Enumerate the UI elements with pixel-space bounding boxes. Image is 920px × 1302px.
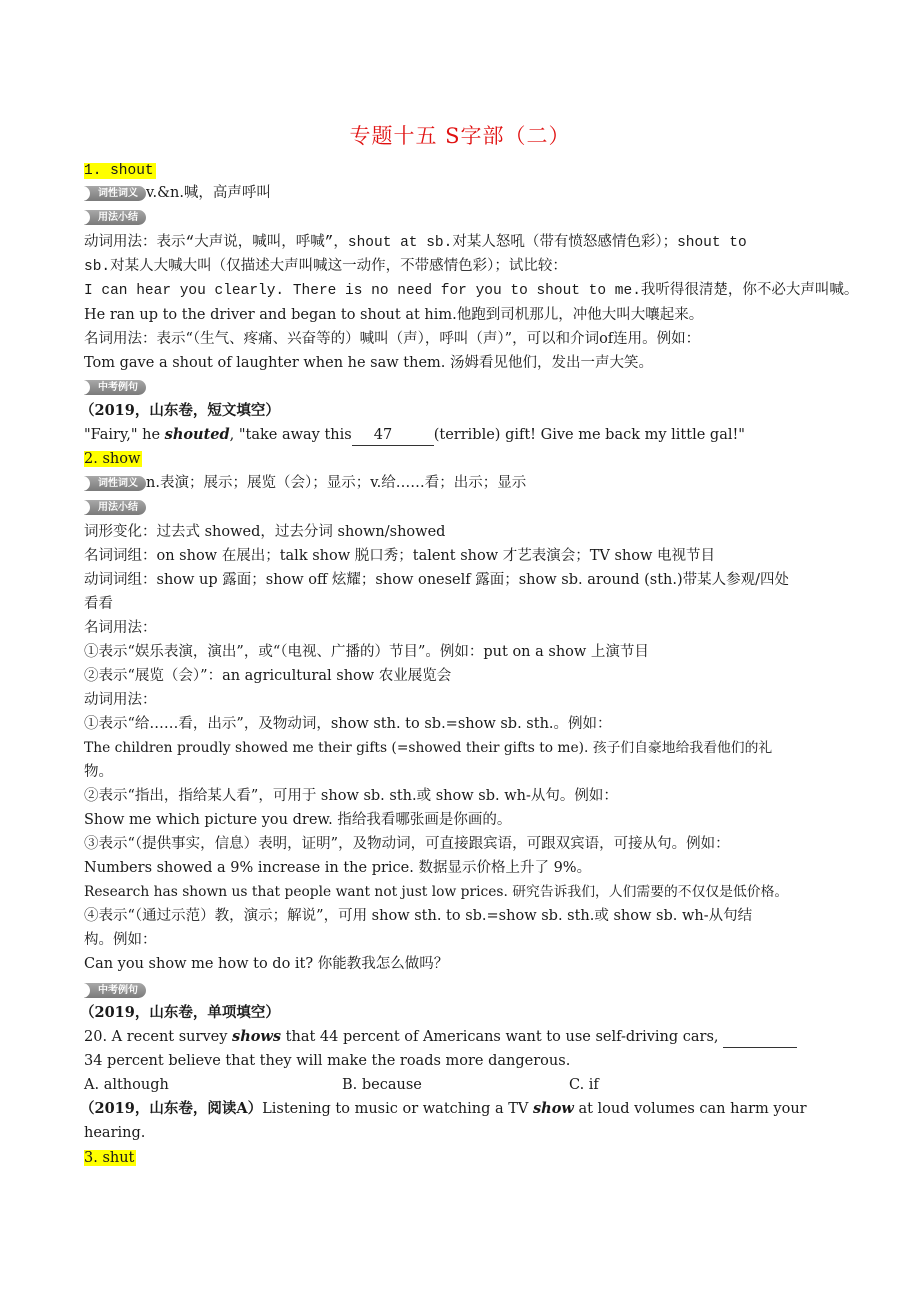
usage-line: 动词用法：表示“大声说，喊叫，呼喊”，shout at sb.对某人怒吼（带有愤… <box>84 233 747 253</box>
usage-line: 构。例如： <box>84 930 157 950</box>
definition-badge: 词性词义 <box>84 186 146 201</box>
usage-line: Research has shown us that people want n… <box>84 882 788 902</box>
entry-heading-shout: 1. shout <box>84 161 156 181</box>
usage-badge: 用法小结 <box>84 500 146 515</box>
definition-text: v.&n.喊，高声呼叫 <box>146 183 271 203</box>
usage-line: ①表示“给……看，出示”，及物动词，show sth. to sb.=show … <box>84 714 612 734</box>
usage-badge: 用法小结 <box>84 210 146 225</box>
entry-heading-show: 2. show <box>84 449 142 469</box>
usage-line: ③表示“（提供事实，信息）表明，证明”，及物动词，可直接跟宾语，可跟双宾语，可接… <box>84 834 730 854</box>
answer-blank <box>723 1027 797 1048</box>
usage-line: Numbers showed a 9% increase in the pric… <box>84 858 591 878</box>
exam-badge: 中考例句 <box>84 983 146 998</box>
usage-line: 动词词组：show up 露面；show off 炫耀；show oneself… <box>84 570 789 590</box>
exam-source: （2019，山东卷，短文填空） <box>80 401 280 421</box>
usage-line: sb.对某人大喊大叫（仅描述大声叫喊这一动作，不带感情色彩）；试比较： <box>84 257 567 277</box>
answer-blank-47: 47 <box>352 425 434 446</box>
exam-source: （2019，山东卷，单项填空） <box>80 1003 280 1023</box>
exam-question-line2: 34 percent believe that they will make t… <box>84 1051 570 1071</box>
usage-line: 看看 <box>84 594 113 614</box>
exam-sentence: "Fairy," he shouted, "take away this47(t… <box>84 425 745 446</box>
entry-heading-shut: 3. shut <box>84 1148 136 1168</box>
usage-line: I can hear you clearly. There is no need… <box>84 281 858 301</box>
usage-line: 物。 <box>84 762 113 782</box>
reading-example: （2019，山东卷，阅读A）Listening to music or watc… <box>80 1099 807 1119</box>
exam-badge: 中考例句 <box>84 380 146 395</box>
usage-line: ④表示“（通过示范）教，演示；解说”，可用 show sth. to sb.=s… <box>84 906 752 926</box>
definition-badge: 词性词义 <box>84 476 146 491</box>
usage-line: Show me which picture you drew. 指给我看哪张画是… <box>84 810 511 830</box>
exam-question: 20. A recent survey shows that 44 percen… <box>84 1027 797 1048</box>
reading-example-line2: hearing. <box>84 1123 145 1143</box>
usage-line: The children proudly showed me their gif… <box>84 738 772 758</box>
usage-line: Can you show me how to do it? 你能教我怎么做吗？ <box>84 954 448 974</box>
option-b: B. because <box>342 1075 422 1095</box>
usage-line: Tom gave a shout of laughter when he saw… <box>84 353 653 373</box>
option-c: C. if <box>569 1075 599 1095</box>
usage-line: 名词用法：表示“（生气、疼痛、兴奋等的）喊叫（声），呼叫（声）”，可以和介词of… <box>84 329 700 349</box>
usage-line: He ran up to the driver and began to sho… <box>84 305 703 325</box>
usage-line: ①表示“娱乐表演，演出”，或“（电视、广播的）节目”。例如：put on a s… <box>84 642 649 662</box>
option-a: A. although <box>84 1075 169 1095</box>
usage-line: ②表示“指出，指给某人看”，可用于 show sb. sth.或 show sb… <box>84 786 618 806</box>
page-title: 专题十五 S字部（二） <box>0 120 920 150</box>
usage-line: 词形变化：过去式 showed，过去分词 shown/showed <box>84 522 445 542</box>
usage-line: ②表示“展览（会）”：an agricultural show 农业展览会 <box>84 666 451 686</box>
definition-text: n.表演；展示；展览（会）；显示；v.给……看；出示；显示 <box>146 473 526 493</box>
usage-line: 名词用法： <box>84 618 157 638</box>
document-page: 专题十五 S字部（二） 1. shout 词性词义 v.&n.喊，高声呼叫 用法… <box>0 0 920 1302</box>
usage-line: 名词词组：on show 在展出；talk show 脱口秀；talent sh… <box>84 546 715 566</box>
usage-line: 动词用法： <box>84 690 157 710</box>
